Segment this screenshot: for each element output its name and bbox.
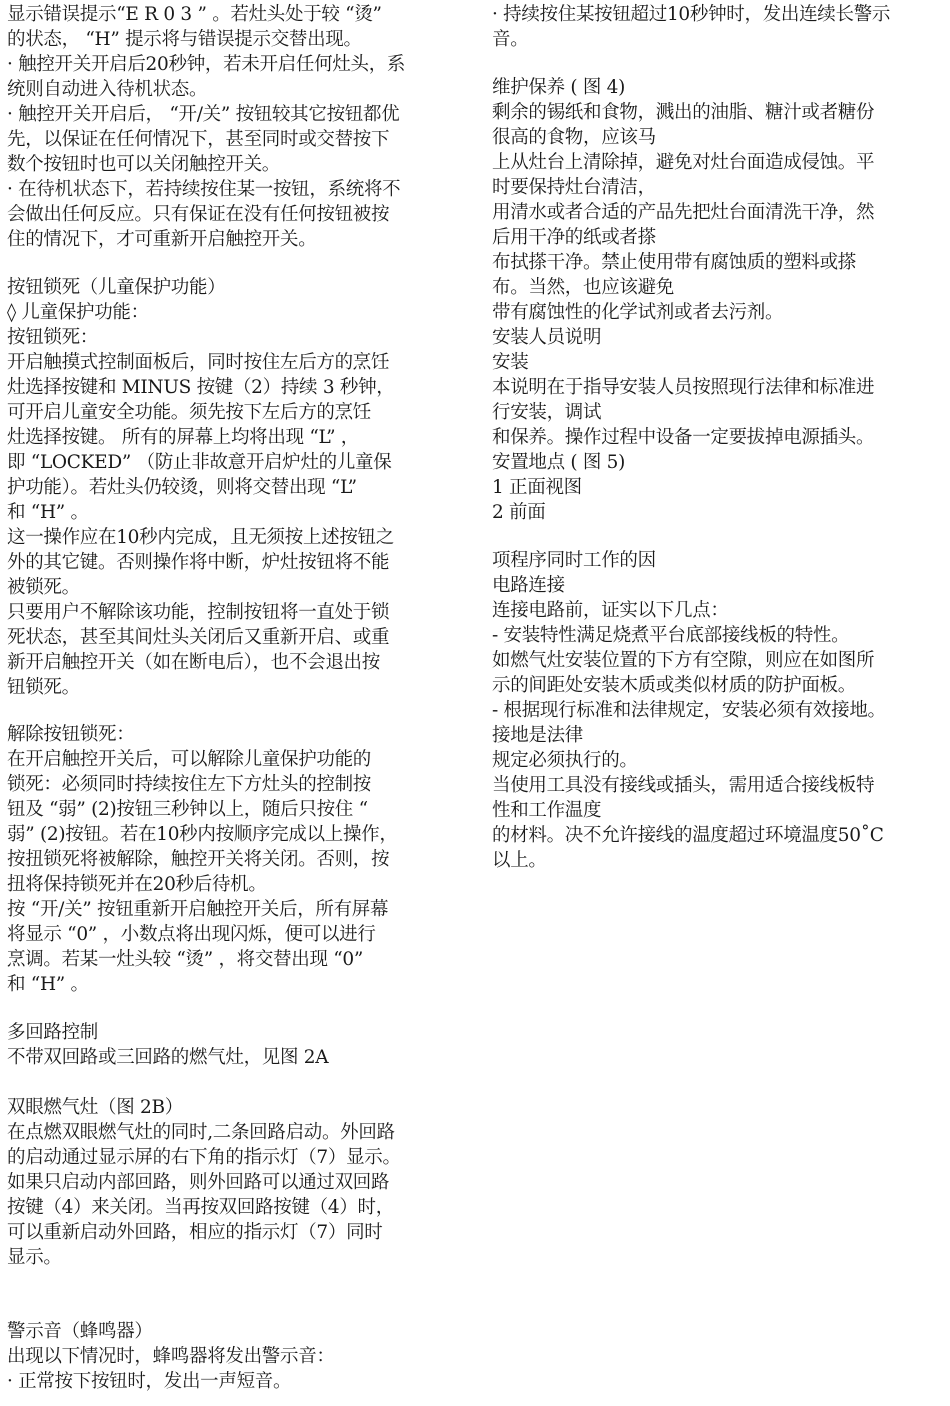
left-column-text-line: 会做出任何反应。只有保证在没有任何按钮被按 bbox=[7, 202, 389, 227]
left-column-text-line: 数个按钮时也可以关闭触控开关。 bbox=[7, 152, 280, 177]
left-column-text-line: 扭将保持锁死并在20秒后待机。 bbox=[7, 872, 267, 897]
right-column-text-line: 2 前面 bbox=[492, 500, 545, 525]
left-column-text-line: 解除按钮锁死： bbox=[7, 722, 134, 747]
left-column-text-line: 护功能）。若灶头仍较烫，则将交替出现 “L” bbox=[7, 475, 357, 500]
left-column-text-line: 双眼燃气灶（图 2B） bbox=[7, 1095, 183, 1120]
left-column-text-line: 这一操作应在10秒内完成，且无须按上述按钮之 bbox=[7, 525, 394, 550]
right-column-text-line: 接地是法律 bbox=[492, 723, 583, 748]
document-page: 显示错误提示“E R 0 3 ” 。若灶头处于较 “烫”的状态， “H” 提示将… bbox=[0, 0, 950, 1406]
right-column-text-line: 连接电路前，证实以下几点： bbox=[492, 598, 729, 623]
left-column-text-line: 的启动通过显示屏的右下角的指示灯（7）显示。 bbox=[7, 1145, 401, 1170]
right-column-text-line: - 根据现行标准和法律规定，安装必须有效接地。 bbox=[492, 698, 886, 723]
left-column-text-line: · 在待机状态下，若持续按住某一按钮，系统将不 bbox=[7, 177, 400, 202]
left-column-text-line: 烹调。若某一灶头较 “烫” ，将交替出现 “0” bbox=[7, 947, 363, 972]
left-column-text-line: 统则自动进入待机状态。 bbox=[7, 77, 207, 102]
right-column-text-line: 布拭搽干净。禁止使用带有腐蚀质的塑料或搽 bbox=[492, 250, 856, 275]
left-column-text-line: 在开启触控开关后，可以解除儿童保护功能的 bbox=[7, 747, 371, 772]
left-column-text-line: 多回路控制 bbox=[7, 1020, 98, 1045]
right-column-text-line: 性和工作温度 bbox=[492, 798, 601, 823]
right-column-text-line: 安置地点 ( 图 5) bbox=[492, 450, 625, 475]
right-column-text-line: 布。当然，也应该避免 bbox=[492, 275, 674, 300]
left-column-text-line: 在点燃双眼燃气灶的同时,二条回路启动。外回路 bbox=[7, 1120, 395, 1145]
left-column-text-line: 钮及 “弱” (2)按钮三秒钟以上，随后只按住 “ bbox=[7, 797, 368, 822]
right-column-text-line: 本说明在于指导安装人员按照现行法律和标准进 bbox=[492, 375, 874, 400]
right-column-text-line: 以上。 bbox=[492, 848, 547, 873]
left-column-text-line: 弱” (2)按钮。若在10秒内按顺序完成以上操作， bbox=[7, 822, 398, 847]
left-column-text-line: 钮锁死。 bbox=[7, 675, 80, 700]
right-column-text-line: · 持续按住某按钮超过10秒钟时，发出连续长警示 bbox=[492, 2, 890, 27]
left-column-text-line: 被锁死。 bbox=[7, 575, 80, 600]
right-column-text-line: 如燃气灶安装位置的下方有空隙，则应在如图所 bbox=[492, 648, 874, 673]
right-column-text-line: 上从灶台上清除掉，避免对灶台面造成侵蚀。平 bbox=[492, 150, 874, 175]
left-column-text-line: 出现以下情况时，蜂鸣器将发出警示音： bbox=[7, 1344, 335, 1369]
right-column-text-line: 和保养。操作过程中设备一定要拔掉电源插头。 bbox=[492, 425, 874, 450]
right-column-text-line: 的材料。决不允许接线的温度超过环境温度50˚C bbox=[492, 823, 884, 848]
right-column-text-line: 电路连接 bbox=[492, 573, 565, 598]
left-column-text-line: 的状态， “H” 提示将与错误提示交替出现。 bbox=[7, 27, 362, 52]
left-column-text-line: 住的情况下，才可重新开启触控开关。 bbox=[7, 227, 316, 252]
left-column-text-line: 开启触摸式控制面板后，同时按住左后方的烹饪 bbox=[7, 350, 389, 375]
left-column-text-line: 按键（4）来关闭。当再按双回路按键（4）时， bbox=[7, 1195, 394, 1220]
right-column-text-line: 安装人员说明 bbox=[492, 325, 601, 350]
right-column-text-line: 带有腐蚀性的化学试剂或者去污剂。 bbox=[492, 300, 783, 325]
right-column-text-line: 用清水或者合适的产品先把灶台面清洗干净，然 bbox=[492, 200, 874, 225]
left-column-text-line: 显示。 bbox=[7, 1245, 62, 1270]
left-column-text-line: 将显示 “0” ，小数点将出现闪烁，便可以进行 bbox=[7, 922, 376, 947]
left-column-text-line: 不带双回路或三回路的燃气灶，见图 2A bbox=[7, 1045, 328, 1070]
right-column-text-line: 时要保持灶台清洁， bbox=[492, 175, 656, 200]
right-column-text-line: 项程序同时工作的因 bbox=[492, 548, 656, 573]
left-column-text-line: 新开启触控开关（如在断电后），也不会退出按 bbox=[7, 650, 380, 675]
right-column-text-line: 剩余的锡纸和食物，溅出的油脂、糖汁或者糖份 bbox=[492, 100, 874, 125]
left-column-text-line: 只要用户不解除该功能，控制按钮将一直处于锁 bbox=[7, 600, 389, 625]
right-column-text-line: 安装 bbox=[492, 350, 528, 375]
right-column-text-line: 规定必须执行的。 bbox=[492, 748, 638, 773]
left-column-text-line: 按钮锁死（儿童保护功能） bbox=[7, 275, 225, 300]
left-column-text-line: 按扭锁死将被解除，触控开关将关闭。否则，按 bbox=[7, 847, 389, 872]
left-column-text-line: 灶选择按键。 所有的屏幕上均将出现 “L” ， bbox=[7, 425, 359, 450]
right-column-text-line: 后用干净的纸或者搽 bbox=[492, 225, 656, 250]
right-column-text-line: 维护保养 ( 图 4) bbox=[492, 75, 625, 100]
left-column-text-line: 按 “开/关” 按钮重新开启触控开关后，所有屏幕 bbox=[7, 897, 388, 922]
right-column-text-line: 音。 bbox=[492, 27, 528, 52]
left-column-text-line: 按钮锁死： bbox=[7, 325, 98, 350]
right-column-text-line: 行安装，调试 bbox=[492, 400, 601, 425]
left-column-text-line: 锁死：必须同时持续按住左下方灶头的控制按 bbox=[7, 772, 371, 797]
left-column-text-line: 可以重新启动外回路，相应的指示灯（7）同时 bbox=[7, 1220, 382, 1245]
left-column-text-line: 和 “H” 。 bbox=[7, 972, 89, 997]
right-column-text-line: 很高的食物，应该马 bbox=[492, 125, 656, 150]
left-column-text-line: · 触控开关开启后20秒钟，若未开启任何灶头，系 bbox=[7, 52, 405, 77]
left-column-text-line: 警示音（蜂鸣器） bbox=[7, 1319, 153, 1344]
left-column-text-line: 可开启儿童安全功能。须先按下左后方的烹饪 bbox=[7, 400, 371, 425]
left-column-text-line: 显示错误提示“E R 0 3 ” 。若灶头处于较 “烫” bbox=[7, 2, 382, 27]
left-column-text-line: 即 “LOCKED” （防止非故意开启炉灶的儿童保 bbox=[7, 450, 391, 475]
right-column-text-line: - 安装特性满足烧煮平台底部接线板的特性。 bbox=[492, 623, 849, 648]
left-column-text-line: · 正常按下按钮时，发出一声短音。 bbox=[7, 1369, 291, 1394]
left-column-text-line: ◊ 儿童保护功能： bbox=[7, 300, 149, 325]
left-column-text-line: 灶选择按键和 MINUS 按键（2）持续 3 秒钟， bbox=[7, 375, 394, 400]
left-column-text-line: 如果只启动内部回路，则外回路可以通过双回路 bbox=[7, 1170, 389, 1195]
left-column-text-line: 外的其它键。否则操作将中断，炉灶按钮将不能 bbox=[7, 550, 389, 575]
left-column-text-line: · 触控开关开启后， “开/关” 按钮较其它按钮都优 bbox=[7, 102, 399, 127]
right-column-text-line: 示的间距处安装木质或类似材质的防护面板。 bbox=[492, 673, 856, 698]
left-column-text-line: 先，以保证在任何情况下，甚至同时或交替按下 bbox=[7, 127, 389, 152]
right-column-text-line: 当使用工具没有接线或插头，需用适合接线板特 bbox=[492, 773, 874, 798]
left-column-text-line: 死状态，甚至其间灶头关闭后又重新开启、或重 bbox=[7, 625, 389, 650]
left-column-text-line: 和 “H” 。 bbox=[7, 500, 89, 525]
right-column-text-line: 1 正面视图 bbox=[492, 475, 582, 500]
